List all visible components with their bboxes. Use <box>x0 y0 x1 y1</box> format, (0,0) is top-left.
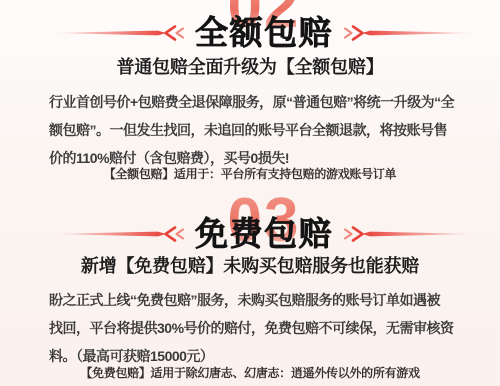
section-heading: 免费包赔 <box>195 214 333 254</box>
section-heading: 全额包赔 <box>195 13 333 53</box>
section-body: 行业首创号价+包赔费全退保障服务，原“普通包赔”将统一升级为“全 额包赔”。一但… <box>49 88 454 172</box>
section-note: 【全额包赔】适用于：平台所有支持包赔的游戏账号订单 <box>0 166 500 182</box>
body-line: 额包赔”。一但发生找回，未追回的账号平台全额退款，将按账号售 <box>49 116 454 144</box>
promo-panel: 02 全额包赔 <box>0 0 500 386</box>
section-note: 【免费包赔】适用于除幻唐志、幻唐志：逍遥外传以外的所有游戏 <box>0 365 500 381</box>
body-line: 找回，平台将提供30%号价的赔付，免费包赔不可续保，无需审核资 <box>49 314 454 342</box>
body-line: 盼之正式上线“免费包赔”服务，未购买包赔服务的账号订单如遇被 <box>49 286 454 314</box>
arrow-line-left-icon <box>50 24 185 42</box>
section-subtitle: 普通包赔全面升级为【全额包赔】 <box>0 56 500 78</box>
section-subtitle: 新增【免费包赔】未购买包赔服务也能获赔 <box>0 255 500 277</box>
body-line: 行业首创号价+包赔费全退保障服务，原“普通包赔”将统一升级为“全 <box>49 88 454 116</box>
section-heading-row: 免费包赔 <box>14 214 500 254</box>
arrow-line-right-icon <box>343 24 478 42</box>
arrow-line-right-icon <box>343 225 478 243</box>
section-body: 盼之正式上线“免费包赔”服务，未购买包赔服务的账号订单如遇被 找回，平台将提供3… <box>49 286 454 370</box>
section-heading-row: 全额包赔 <box>14 13 500 53</box>
arrow-line-left-icon <box>50 225 185 243</box>
